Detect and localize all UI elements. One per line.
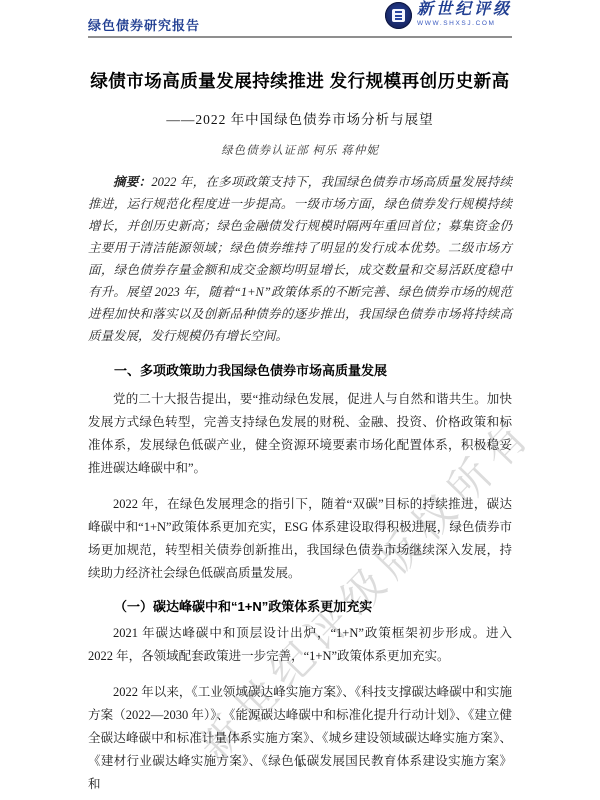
company-website: WWW.SHXSJ.COM (417, 21, 512, 28)
abstract-label: 摘要： (113, 175, 151, 189)
document-title: 绿债市场高质量发展持续推进 发行规模再创历史新高 (88, 68, 512, 94)
section-1-paragraph-1: 党的二十大报告提出，要“推动绿色发展，促进人与自然和谐共生。加快发展方式绿色转型… (88, 388, 512, 480)
section-1-heading: 一、多项政策助力我国绿色债券市场高质量发展 (88, 361, 512, 381)
authors-line: 绿色债券认证部 柯乐 蒋仲妮 (88, 143, 512, 159)
page-header: 绿色债券研究报告 新世纪评级 WWW.SHXSJ.COM (88, 0, 512, 38)
company-logo: 新世纪评级 WWW.SHXSJ.COM (385, 2, 512, 29)
page-number: 1 (0, 758, 600, 770)
subsection-1-paragraph-2: 2022 年以来，《工业领域碳达峰实施方案》、《科技支撑碳达峰碳中和实施方案（2… (88, 681, 512, 796)
abstract-text: 2022 年，在多项政策支持下，我国绿色债券市场高质量发展持续推进，运行规范化程… (88, 175, 512, 343)
subsection-1-heading: （一）碳达峰碳中和“1+N”政策体系更加充实 (88, 597, 512, 617)
section-1-paragraph-2: 2022 年，在绿色发展理念的指引下，随着“双碳”目标的持续推进，碳达峰碳中和“… (88, 493, 512, 585)
report-type-label: 绿色债券研究报告 (88, 15, 200, 34)
document-page: 新世纪评级版权所有 绿色债券研究报告 新世纪评级 WWW.SHXSJ.COM 绿… (0, 0, 600, 800)
abstract-paragraph: 摘要：2022 年，在多项政策支持下，我国绿色债券市场高质量发展持续推进，运行规… (88, 171, 512, 347)
company-name: 新世纪评级 (417, 2, 512, 18)
company-emblem-icon (385, 2, 412, 29)
subsection-1-paragraph-1: 2021 年碳达峰碳中和顶层设计出炉，“1+N”政策框架初步形成。进入 2022… (88, 622, 512, 668)
document-subtitle: ——2022 年中国绿色债券市场分析与展望 (88, 111, 512, 129)
